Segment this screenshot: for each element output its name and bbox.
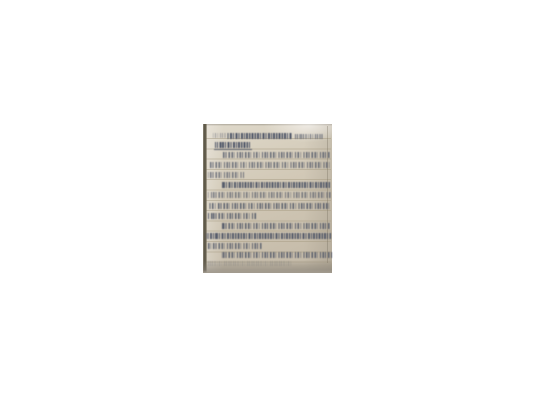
para2-line3 <box>209 203 331 209</box>
title-line <box>227 133 292 139</box>
para1-line3 <box>208 172 244 178</box>
date-line <box>295 134 324 139</box>
para3-line2 <box>206 233 331 239</box>
section-heading <box>215 142 250 148</box>
para2-line2 <box>207 192 331 198</box>
para3-line1 <box>222 223 331 229</box>
para2-line1 <box>222 182 331 188</box>
page-background <box>0 0 560 393</box>
para1-line1 <box>222 152 330 158</box>
para4-line1 <box>222 252 332 258</box>
page-left-edge-shadow <box>203 124 207 273</box>
para1-line2 <box>208 162 330 168</box>
manuscript-photo <box>203 124 332 273</box>
para2-line4 <box>207 213 256 219</box>
photo-bottom-shadow <box>203 260 332 273</box>
para3-line3 <box>207 243 262 249</box>
margin-mark <box>212 133 226 138</box>
